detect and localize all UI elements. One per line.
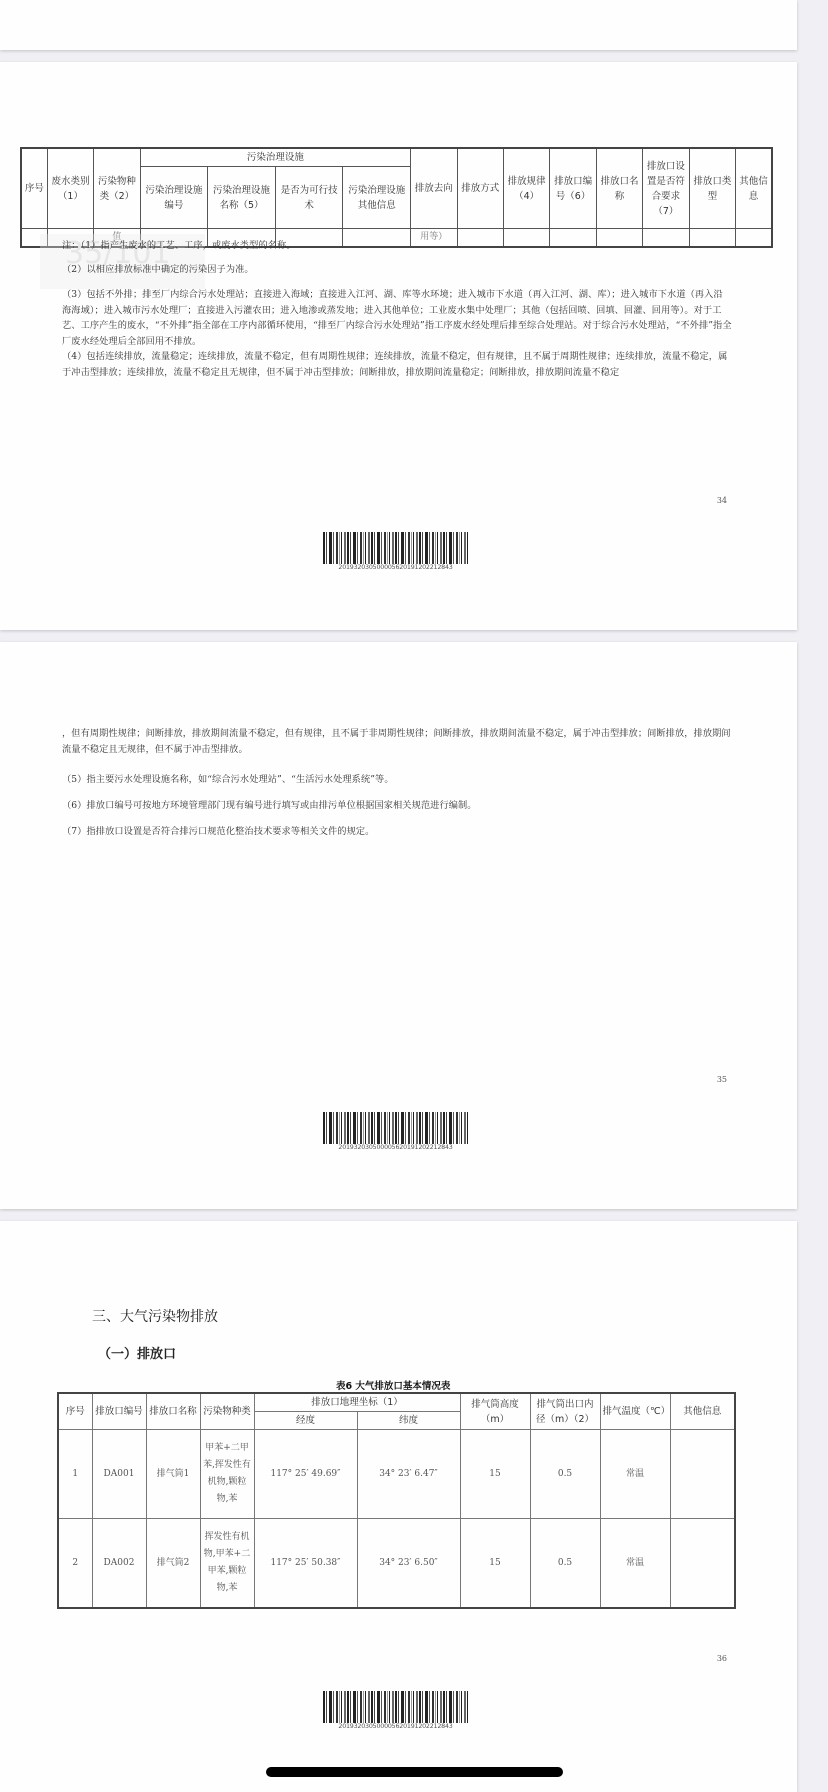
header-pollutant-type: 污染物种类 (200, 1393, 254, 1430)
table-caption: 表6 大气排放口基本情况表 (336, 1378, 450, 1392)
header-latitude: 纬度 (357, 1412, 460, 1430)
sub-section-title: （一）排放口 (98, 1343, 176, 1362)
header-discharge-pattern: 排放规律（4） (503, 148, 549, 229)
air-outlet-table: 序号 排放口编号 排放口名称 污染物种类 排放口地理坐标（1） 排气筒高度（m）… (57, 1392, 736, 1609)
note-7: （7）指排放口设置是否符合排污口规范化整治技术要求等相关文件的规定。 (62, 824, 732, 840)
cell-longitude: 117° 25′ 50.38″ (254, 1519, 357, 1609)
wastewater-outlet-table: 序号 废水类别（1） 污染物种类（2） 污染治理设施 排放去向 排放方式 排放规… (20, 147, 773, 248)
page-number: 36 (717, 1654, 727, 1663)
barcode-number: 201932030500005620191202212843 (323, 1144, 468, 1151)
header-treatment-group: 污染治理设施 (140, 148, 411, 167)
note-1: 注：（1）指产生废水的工艺、工序，或废水类型的名称。 (62, 238, 732, 254)
cell-pollutant-type: 挥发性有机物,甲苯+二甲苯,颗粒物,苯 (200, 1519, 254, 1609)
header-longitude: 经度 (254, 1412, 357, 1430)
cell-exhaust-temp: 常温 (600, 1430, 670, 1519)
section-title: 三、大气污染物排放 (92, 1306, 218, 1326)
note-6: （6）排放口编号可按地方环境管理部门现有编号进行填写或由排污单位根据国家相关规范… (62, 798, 732, 814)
header-outlet-id: 排放口编号 (92, 1393, 146, 1430)
cell-stack-diameter: 0.5 (530, 1519, 600, 1609)
cell-pollutant-type: 甲苯+二甲苯,挥发性有机物,颗粒物,苯 (200, 1430, 254, 1519)
note-4: （4）包括连续排放，流量稳定；连续排放，流量不稳定，但有周期性规律；连续排放，流… (62, 349, 732, 380)
cell-stack-diameter: 0.5 (530, 1430, 600, 1519)
barcode-bars (323, 1112, 468, 1144)
header-feasible-tech: 是否为可行技术 (275, 167, 343, 229)
cell-stack-height: 15 (460, 1430, 530, 1519)
note-4-continued: ，但有周期性规律；间断排放，排放期间流量不稳定，但有规律，且不属于非周期性规律；… (62, 726, 732, 757)
note-5: （5）指主要污水处理设施名称，如“综合污水处理站”、“生活污水处理系统”等。 (62, 772, 732, 788)
header-outlet-type: 排放口类型 (689, 148, 735, 229)
header-wastewater-category: 废水类别（1） (47, 148, 93, 229)
barcode-number: 201932030500005620191202212843 (323, 1723, 468, 1730)
header-stack-height: 排气筒高度（m） (460, 1393, 530, 1430)
cell-seq: 1 (58, 1430, 92, 1519)
cell-latitude: 34° 23′ 6.47″ (357, 1430, 460, 1519)
header-outlet-id: 排放口编号（6） (550, 148, 596, 229)
barcode-number: 201932030500005620191202212843 (323, 564, 468, 571)
header-pollutant-type: 污染物种类（2） (94, 148, 140, 229)
barcode-bars (323, 1691, 468, 1723)
header-treatment-other: 污染治理设施其他信息 (343, 167, 411, 229)
table-row: 2 DA002 排气筒2 挥发性有机物,甲苯+二甲苯,颗粒物,苯 117° 25… (58, 1519, 735, 1609)
header-outlet-name: 排放口名称 (146, 1393, 200, 1430)
cell-longitude: 117° 25′ 49.69″ (254, 1430, 357, 1519)
header-seq: 序号 (21, 148, 47, 229)
document-page-34: 序号 废水类别（1） 污染物种类（2） 污染治理设施 排放去向 排放方式 排放规… (0, 62, 797, 630)
header-treatment-name: 污染治理设施名称（5） (208, 167, 276, 229)
barcode: 201932030500005620191202212843 (323, 1691, 468, 1730)
cell-outlet-name: 排气筒1 (146, 1430, 200, 1519)
header-stack-diameter: 排气筒出口内径（m）（2） (530, 1393, 600, 1430)
barcode: 201932030500005620191202212843 (323, 1112, 468, 1151)
page-number: 35 (717, 1075, 727, 1084)
cell-other-info (670, 1519, 735, 1609)
note-3: （3）包括不外排；排至厂内综合污水处理站；直接进入海域；直接进入江河、湖、库等水… (62, 287, 732, 349)
table-row: 1 DA001 排气筒1 甲苯+二甲苯,挥发性有机物,颗粒物,苯 117° 25… (58, 1430, 735, 1519)
cell-latitude: 34° 23′ 6.50″ (357, 1519, 460, 1609)
cell-seq: 2 (58, 1519, 92, 1609)
barcode-bars (323, 532, 468, 564)
document-page-36: 三、大气污染物排放 （一）排放口 表6 大气排放口基本情况表 序号 排放口编号 … (0, 1221, 797, 1792)
cell-other-info (670, 1430, 735, 1519)
document-page-33 (0, 0, 797, 50)
page-number: 34 (717, 496, 727, 505)
header-treatment-id: 污染治理设施编号 (140, 167, 208, 229)
header-outlet-name: 排放口名称 (596, 148, 642, 229)
document-page-35: ，但有周期性规律；间断排放，排放期间流量不稳定，但有规律，且不属于非周期性规律；… (0, 642, 797, 1209)
cell-outlet-id: DA001 (92, 1430, 146, 1519)
cell-outlet-id: DA002 (92, 1519, 146, 1609)
header-discharge-method: 排放方式 (457, 148, 503, 229)
cell-exhaust-temp: 常温 (600, 1519, 670, 1609)
cell-outlet-name: 排气筒2 (146, 1519, 200, 1609)
header-exhaust-temp: 排气温度（℃） (600, 1393, 670, 1430)
barcode: 201932030500005620191202212843 (323, 532, 468, 571)
header-other-info: 其他信息 (736, 148, 772, 229)
header-outlet-compliance: 排放口设置是否符合要求（7） (643, 148, 689, 229)
header-seq: 序号 (58, 1393, 92, 1430)
header-coords-group: 排放口地理坐标（1） (254, 1393, 460, 1412)
header-other-info: 其他信息 (670, 1393, 735, 1430)
cell-stack-height: 15 (460, 1519, 530, 1609)
note-2: （2）以相应排放标准中确定的污染因子为准。 (62, 262, 732, 278)
header-discharge-dest: 排放去向 (411, 148, 457, 229)
home-indicator[interactable] (266, 1767, 563, 1777)
